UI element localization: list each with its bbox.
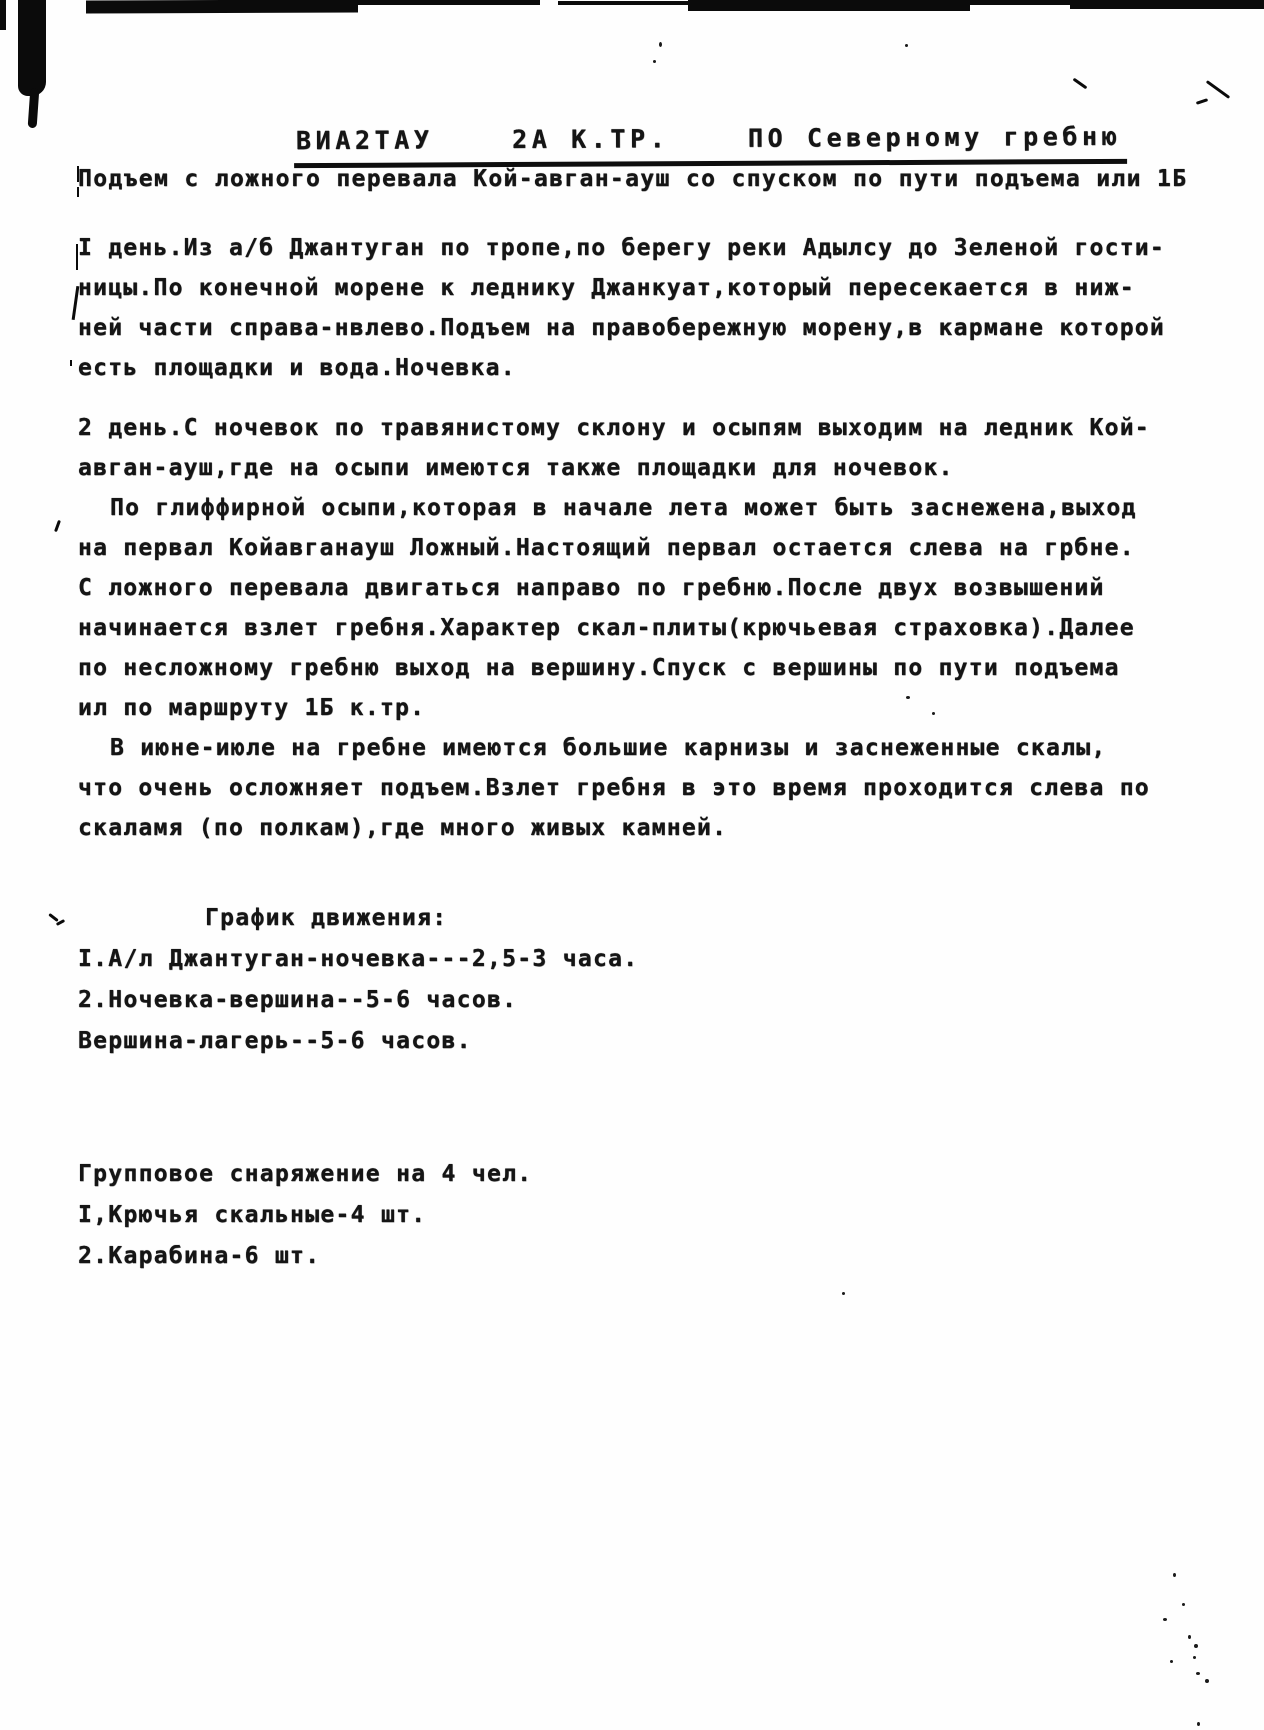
scan-artifact-top-edge [558, 1, 692, 5]
scan-artifact-speckle [1173, 1573, 1176, 1577]
text-line: I день.Из а/б Джантуган по тропе,по бере… [78, 228, 1228, 268]
scan-artifact-speckle [842, 1292, 845, 1295]
scan-artifact-speckle [905, 44, 908, 47]
text-line: есть площадки и вода.Ночевка. [78, 348, 1228, 388]
scan-artifact-margin-tick [48, 913, 59, 922]
scanned-document-page: ВИА2ТАУ 2А К.ТР. ПО Северному гребню Под… [0, 0, 1264, 1730]
text-line: по несложному гребню выход на вершину.Сп… [78, 648, 1228, 688]
scan-artifact-checkmark [1206, 80, 1230, 99]
text-line: скаламя (по полкам),где много живых камн… [78, 808, 1228, 848]
paragraph-day1: I день.Из а/б Джантуган по тропе,по бере… [78, 228, 1228, 388]
schedule-item: Вершина-лагерь--5-6 часов. [78, 1021, 638, 1062]
schedule-item: 2.Ночевка-вершина--5-6 часов. [78, 980, 638, 1021]
scan-artifact-speckle [653, 60, 656, 63]
scan-artifact-top-edge [356, 0, 540, 5]
scan-artifact-left-edge [0, 0, 6, 30]
route-subtitle: Подъем с ложного перевала Кой-авган-ауш … [78, 162, 1187, 196]
text-line: ней части справа-нвлево.Подъем на правоб… [78, 308, 1228, 348]
scan-artifact-margin-tick [54, 520, 61, 532]
scan-artifact-left-blob [28, 88, 40, 129]
scan-artifact-top-edge [968, 0, 1072, 5]
paragraph-route-detail: По глиффирной осыпи,которая в начале лет… [78, 488, 1228, 728]
scan-artifact-speckle [1193, 1656, 1196, 1659]
scan-artifact-speckle [1197, 1722, 1200, 1726]
text-line: начинается взлет гребня.Характер скал-пл… [78, 608, 1228, 648]
text-line: на первал Койавганауш Ложный.Настоящий п… [78, 528, 1228, 568]
scan-artifact-speckle [1188, 1635, 1191, 1639]
text-line: С ложного перевала двигаться направо по … [78, 568, 1228, 608]
text-line: 2 день.С ночевок по травянистому склону … [78, 408, 1228, 448]
scan-artifact-left-blob [18, 0, 46, 96]
scan-artifact-speckle [1194, 1644, 1198, 1648]
route-description: I день.Из а/б Джантуган по тропе,по бере… [78, 228, 1228, 848]
scan-artifact-margin-dash [70, 360, 72, 366]
scan-artifact-top-edge [1070, 0, 1264, 9]
scan-artifact-speckle [1163, 1618, 1167, 1621]
text-line: что очень осложняет подъем.Взлет гребня … [78, 768, 1228, 808]
route-title-wrap: ВИА2ТАУ 2А К.ТР. ПО Северному гребню [294, 122, 1127, 166]
scan-artifact-top-edge [86, 0, 358, 13]
scan-artifact-stroke [1073, 78, 1088, 90]
text-line: ил по маршруту 1Б к.тр. [78, 688, 1228, 728]
equipment-item: I,Крючья скальные-4 шт. [78, 1195, 532, 1236]
text-line: ницы.По конечной морене к леднику Джанку… [78, 268, 1228, 308]
scan-artifact-checkmark [1196, 98, 1208, 105]
scan-artifact-speckle [1205, 1679, 1209, 1683]
paragraph-season-note: В июне-июле на гребне имеются большие ка… [78, 728, 1228, 848]
schedule-heading: График движения: [78, 898, 638, 939]
scan-artifact-speckle [1170, 1660, 1173, 1663]
scan-artifact-speckle [1196, 1672, 1200, 1675]
group-equipment: Групповое снаряжение на 4 чел. I,Крючья … [78, 1154, 532, 1277]
movement-schedule: График движения: I.А/л Джантуган-ночевка… [78, 898, 638, 1062]
scan-artifact-speckle [1182, 1603, 1185, 1606]
route-title: ВИА2ТАУ 2А К.ТР. ПО Северному гребню [294, 120, 1128, 168]
scan-artifact-speckle [659, 42, 662, 47]
schedule-item: I.А/л Джантуган-ночевка---2,5-3 часа. [78, 939, 638, 980]
text-line: В июне-июле на гребне имеются большие ка… [78, 728, 1228, 768]
text-line: По глиффирной осыпи,которая в начале лет… [78, 488, 1228, 528]
equipment-item: 2.Карабина-6 шт. [78, 1236, 532, 1277]
text-line: авган-ауш,где на осыпи имеются также пло… [78, 448, 1228, 488]
paragraph-day2: 2 день.С ночевок по травянистому склону … [78, 408, 1228, 488]
scan-artifact-top-edge [688, 0, 970, 11]
equipment-heading: Групповое снаряжение на 4 чел. [78, 1154, 532, 1195]
